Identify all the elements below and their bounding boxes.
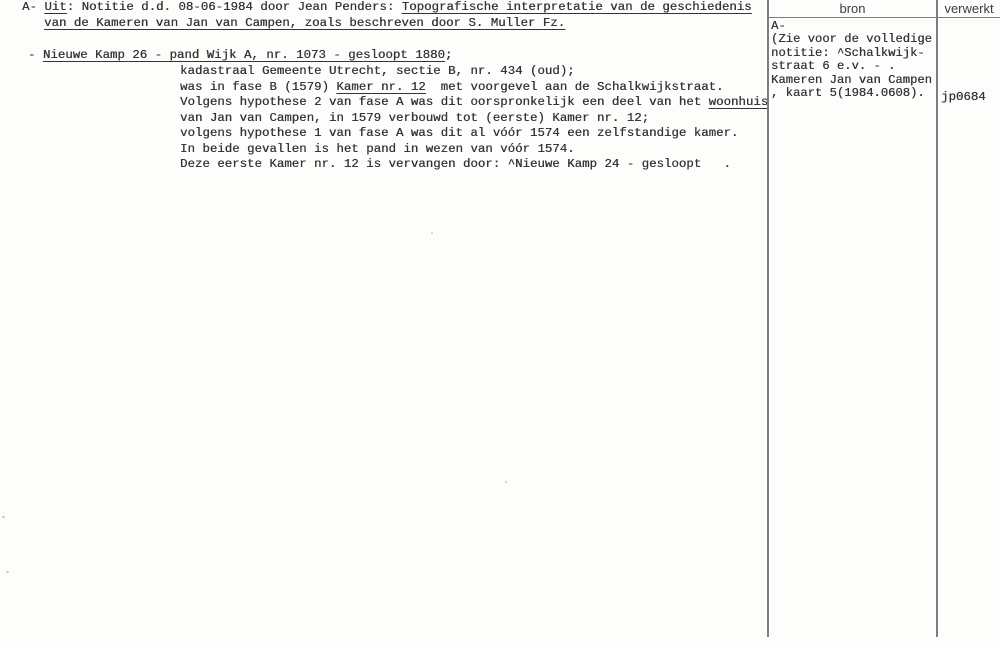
bron-column-header: bron	[769, 1, 936, 16]
document-line: van Jan van Campen, in 1579 verbouwd tot…	[180, 111, 649, 125]
document-line: Deze eerste Kamer nr. 12 is vervangen do…	[180, 157, 731, 171]
bron-note-line: (Zie voor de volledige	[771, 33, 932, 47]
bron-note-line: Kameren Jan van Campen	[771, 74, 932, 88]
scan-speckle	[6, 571, 9, 573]
document-line: van de Kameren van Jan van Campen, zoals…	[44, 16, 565, 30]
bron-note-line: straat 6 e.v. - .	[771, 60, 932, 74]
bron-note-line: , kaart 5(1984.0608).	[771, 87, 932, 101]
form-left-rule	[767, 0, 769, 637]
form-header-rule	[768, 17, 1000, 19]
form-column-divider	[936, 0, 938, 637]
verwerkt-column-header: verwerkt	[938, 1, 1000, 16]
document-text: A- Uit: Notitie d.d. 08-06-1984 door Jea…	[0, 0, 768, 200]
scan-speckle	[431, 232, 433, 234]
document-line: was in fase B (1579) Kamer nr. 12 met vo…	[180, 80, 724, 94]
document-line: kadastraal Gemeente Utrecht, sectie B, n…	[180, 64, 575, 78]
verwerkt-code: jp0684	[941, 90, 986, 104]
bron-note-line: A-	[771, 20, 932, 34]
scanned-archive-card: { "page": { "background": "#fdfdfb", "in…	[0, 0, 1000, 649]
document-line: Volgens hypothese 2 van fase A was dit o…	[180, 95, 768, 109]
document-line: volgens hypothese 1 van fase A was dit a…	[180, 126, 738, 140]
document-line: In beide gevallen is het pand in wezen v…	[180, 142, 575, 156]
document-line: A- Uit: Notitie d.d. 08-06-1984 door Jea…	[22, 0, 752, 14]
bron-note-line: notitie: ^Schalkwijk-	[771, 47, 932, 61]
bron-note: A-(Zie voor de volledigenotitie: ^Schalk…	[771, 20, 932, 102]
scan-speckle	[505, 481, 507, 483]
scan-speckle	[2, 516, 5, 518]
document-line: - Nieuwe Kamp 26 - pand Wijk A, nr. 1073…	[28, 48, 452, 62]
